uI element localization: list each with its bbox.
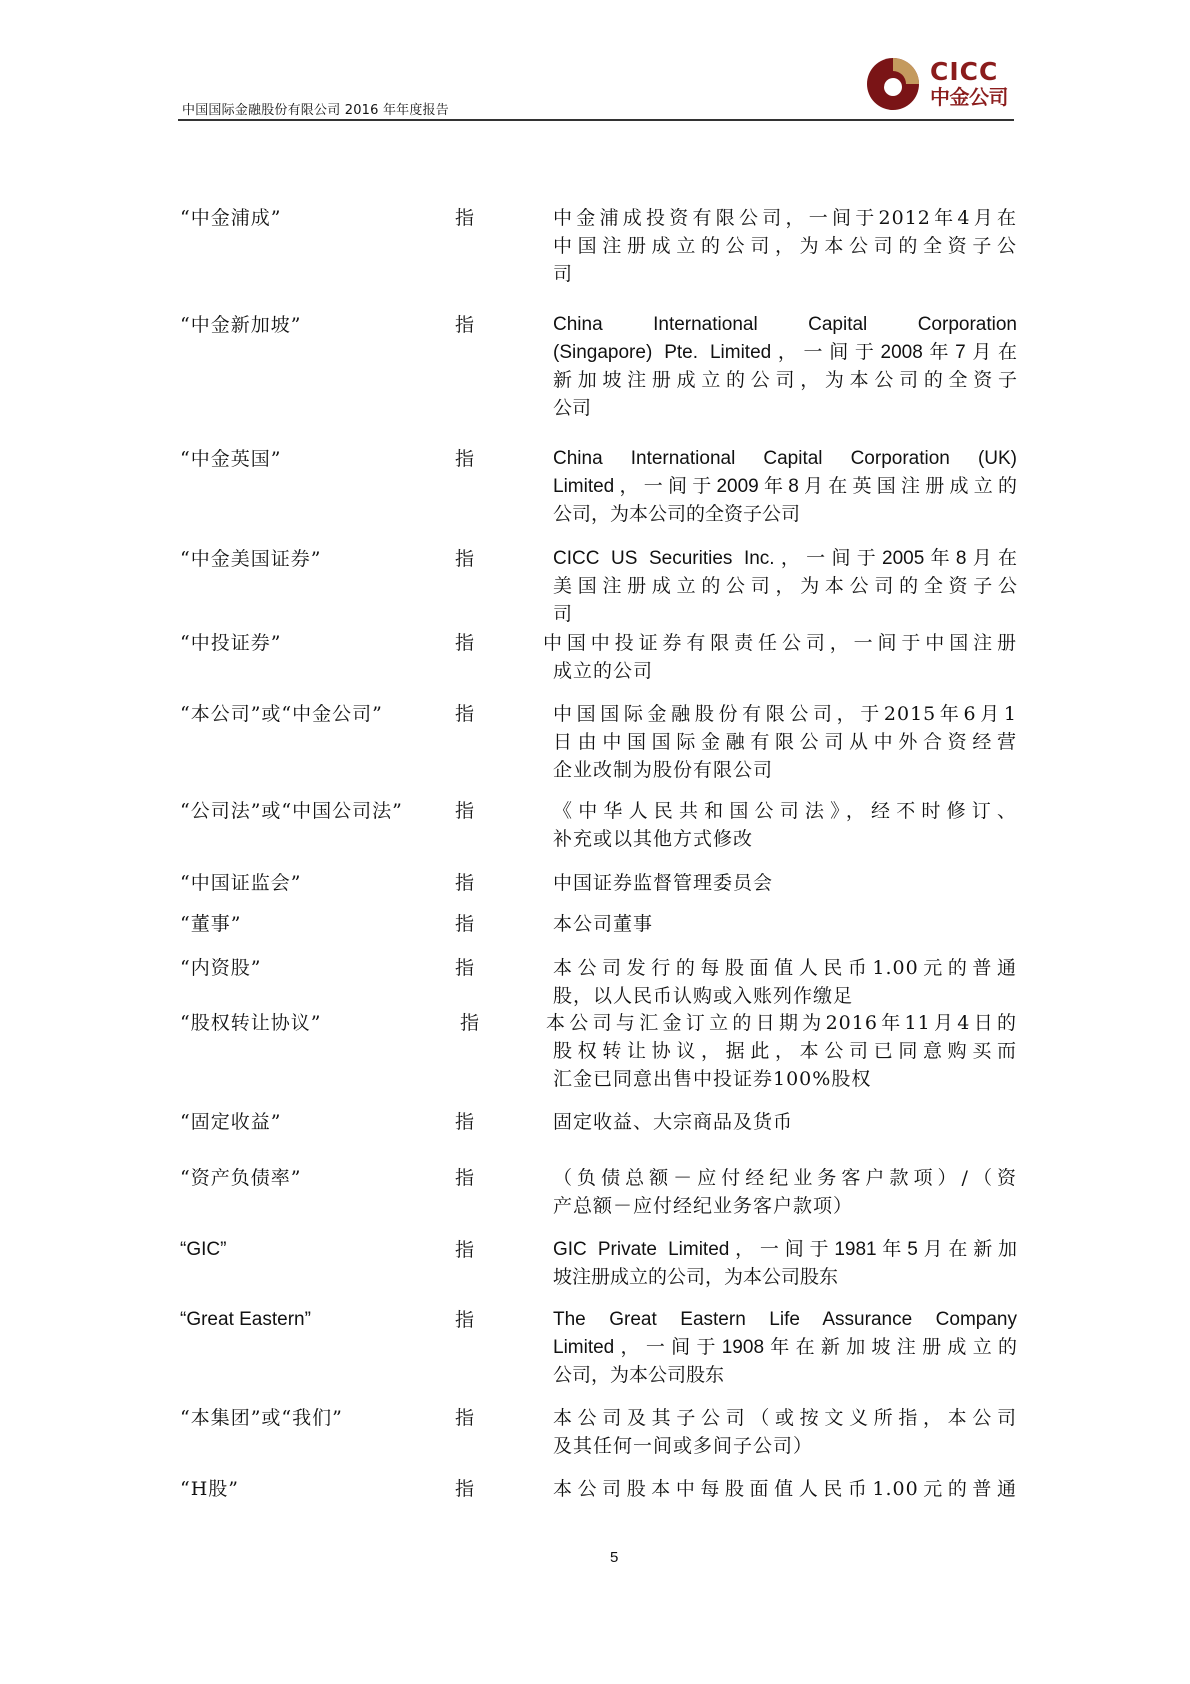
definition-term: “Great Eastern” xyxy=(180,1306,311,1334)
definition-term: “固定收益” xyxy=(180,1108,281,1136)
definition-line: The Great Eastern Life Assurance Company xyxy=(553,1306,1017,1334)
definition-term: “中金浦成” xyxy=(180,204,281,232)
page-number: 5 xyxy=(610,1549,618,1566)
definition-line: Limited，一间于1908年在新加坡注册成立的 xyxy=(553,1334,1017,1362)
definition-term: “中国证监会” xyxy=(180,869,301,897)
definition-line: 公司，为本公司股东 xyxy=(553,1362,1017,1390)
definition-line: 公司 xyxy=(553,395,1017,423)
definition-term: “本集团”或“我们” xyxy=(180,1404,343,1432)
definition-line: Limited，一间于2009年8月在英国注册成立的 xyxy=(553,473,1017,501)
refers-label: 指 xyxy=(460,1009,479,1037)
definition-term: “中投证券” xyxy=(180,629,281,657)
refers-label: 指 xyxy=(455,1108,474,1136)
refers-label: 指 xyxy=(455,204,474,232)
logo-text-cn: 中金公司 xyxy=(930,85,1008,109)
definition-line: 《中华人民共和国公司法》，经不时修订、 xyxy=(553,797,1017,825)
refers-label: 指 xyxy=(455,1404,474,1432)
definition-line: 股权转让协议，据此，本公司已同意购买而 xyxy=(546,1037,1017,1065)
definition-term: “中金新加坡” xyxy=(180,311,301,339)
logo-text-en: CICC xyxy=(930,59,998,85)
definition-line: 股，以人民币认购或入账列作缴足 xyxy=(553,982,1017,1010)
definition-line: China International Capital Corporation … xyxy=(553,445,1017,473)
definition-text: China International Capital Corporation … xyxy=(553,445,1017,529)
definition-term: “本公司”或“中金公司” xyxy=(180,700,383,728)
definition-text: 中国中投证券有限责任公司，一间于中国注册 成立的公司 xyxy=(543,629,1017,685)
definition-term: “中金英国” xyxy=(180,445,281,473)
definition-line: GIC Private Limited，一间于1981年5月在新加 xyxy=(553,1236,1017,1264)
report-title: 中国国际金融股份有限公司 2016 年年度报告 xyxy=(182,99,449,118)
definition-text: 中国国际金融股份有限公司，于2015年6月1 日由中国国际金融有限公司从中外合资… xyxy=(553,700,1017,784)
definition-text: CICC US Securities Inc.，一间于2005年8月在 美国注册… xyxy=(553,545,1017,629)
definition-line: 中国国际金融股份有限公司，于2015年6月1 xyxy=(553,700,1017,728)
definition-line: 司 xyxy=(553,260,1017,288)
definition-line: 新加坡注册成立的公司，为本公司的全资子 xyxy=(553,367,1017,395)
definition-line: 本公司发行的每股面值人民币1.00元的普通 xyxy=(553,954,1017,982)
definition-text: 固定收益、大宗商品及货币 xyxy=(553,1108,1017,1136)
definition-text: 本公司股本中每股面值人民币1.00元的普通 xyxy=(553,1475,1017,1503)
refers-label: 指 xyxy=(455,700,474,728)
definition-line: 坡注册成立的公司，为本公司股东 xyxy=(553,1264,1017,1292)
definition-line: (Singapore) Pte. Limited，一间于2008年7月在 xyxy=(553,339,1017,367)
definition-line: 中金浦成投资有限公司，一间于2012年4月在 xyxy=(553,204,1017,232)
definition-text: 本公司及其子公司（或按文义所指，本公司 及其任何一间或多间子公司） xyxy=(553,1404,1017,1460)
refers-label: 指 xyxy=(455,1236,474,1264)
refers-label: 指 xyxy=(455,311,474,339)
definition-text: GIC Private Limited，一间于1981年5月在新加 坡注册成立的… xyxy=(553,1236,1017,1292)
definition-line: China International Capital Corporation xyxy=(553,311,1017,339)
definition-line: 及其任何一间或多间子公司） xyxy=(553,1432,1017,1460)
refers-label: 指 xyxy=(455,1164,474,1192)
definition-line: 产总额－应付经纪业务客户款项） xyxy=(553,1192,1017,1220)
definition-line: 补充或以其他方式修改 xyxy=(553,825,1017,853)
definition-line: 本公司董事 xyxy=(553,910,1017,938)
definition-line: 汇金已同意出售中投证券100%股权 xyxy=(546,1065,1017,1093)
definition-term: “内资股” xyxy=(180,954,261,982)
cicc-logo: CICC 中金公司 xyxy=(866,57,1016,113)
definition-line: 企业改制为股份有限公司 xyxy=(553,756,1017,784)
refers-label: 指 xyxy=(455,545,474,573)
definition-text: 中国证券监督管理委员会 xyxy=(553,869,1017,897)
cicc-logo-icon xyxy=(866,57,920,111)
definition-text: 中金浦成投资有限公司，一间于2012年4月在 中国注册成立的公司，为本公司的全资… xyxy=(553,204,1017,288)
definition-term: “公司法”或“中国公司法” xyxy=(180,797,403,825)
definition-term: “资产负债率” xyxy=(180,1164,301,1192)
refers-label: 指 xyxy=(455,1475,474,1503)
definition-line: 本公司与汇金订立的日期为2016年11月4日的 xyxy=(546,1009,1017,1037)
definition-text: 本公司发行的每股面值人民币1.00元的普通 股，以人民币认购或入账列作缴足 xyxy=(553,954,1017,1010)
definition-text: 《中华人民共和国公司法》，经不时修订、 补充或以其他方式修改 xyxy=(553,797,1017,853)
definition-text: 本公司与汇金订立的日期为2016年11月4日的 股权转让协议，据此，本公司已同意… xyxy=(546,1009,1017,1093)
header-divider xyxy=(178,119,1014,121)
definition-line: 中国中投证券有限责任公司，一间于中国注册 xyxy=(543,629,1017,657)
definition-line: 司 xyxy=(553,601,1017,629)
definition-line: 中国证券监督管理委员会 xyxy=(553,869,1017,897)
definition-text: 本公司董事 xyxy=(553,910,1017,938)
refers-label: 指 xyxy=(455,954,474,982)
definition-term: “GIC” xyxy=(180,1236,226,1264)
definition-line: 中国注册成立的公司，为本公司的全资子公 xyxy=(553,232,1017,260)
definition-line: 成立的公司 xyxy=(543,657,1017,685)
definition-line: CICC US Securities Inc.，一间于2005年8月在 xyxy=(553,545,1017,573)
refers-label: 指 xyxy=(455,445,474,473)
refers-label: 指 xyxy=(455,1306,474,1334)
definition-line: （负债总额－应付经纪业务客户款项）/（资 xyxy=(553,1164,1017,1192)
definition-text: The Great Eastern Life Assurance Company… xyxy=(553,1306,1017,1390)
definition-term: “H股” xyxy=(180,1475,239,1503)
definition-line: 美国注册成立的公司，为本公司的全资子公 xyxy=(553,573,1017,601)
definition-term: “中金美国证券” xyxy=(180,545,321,573)
definition-line: 本公司股本中每股面值人民币1.00元的普通 xyxy=(553,1475,1017,1503)
refers-label: 指 xyxy=(455,797,474,825)
definition-text: China International Capital Corporation … xyxy=(553,311,1017,423)
refers-label: 指 xyxy=(455,910,474,938)
definition-term: “股权转让协议” xyxy=(180,1009,321,1037)
refers-label: 指 xyxy=(455,629,474,657)
definition-line: 公司，为本公司的全资子公司 xyxy=(553,501,1017,529)
definition-line: 本公司及其子公司（或按文义所指，本公司 xyxy=(553,1404,1017,1432)
definition-line: 固定收益、大宗商品及货币 xyxy=(553,1108,1017,1136)
refers-label: 指 xyxy=(455,869,474,897)
definition-text: （负债总额－应付经纪业务客户款项）/（资 产总额－应付经纪业务客户款项） xyxy=(553,1164,1017,1220)
definition-term: “董事” xyxy=(180,910,241,938)
definition-line: 日由中国国际金融有限公司从中外合资经营 xyxy=(553,728,1017,756)
